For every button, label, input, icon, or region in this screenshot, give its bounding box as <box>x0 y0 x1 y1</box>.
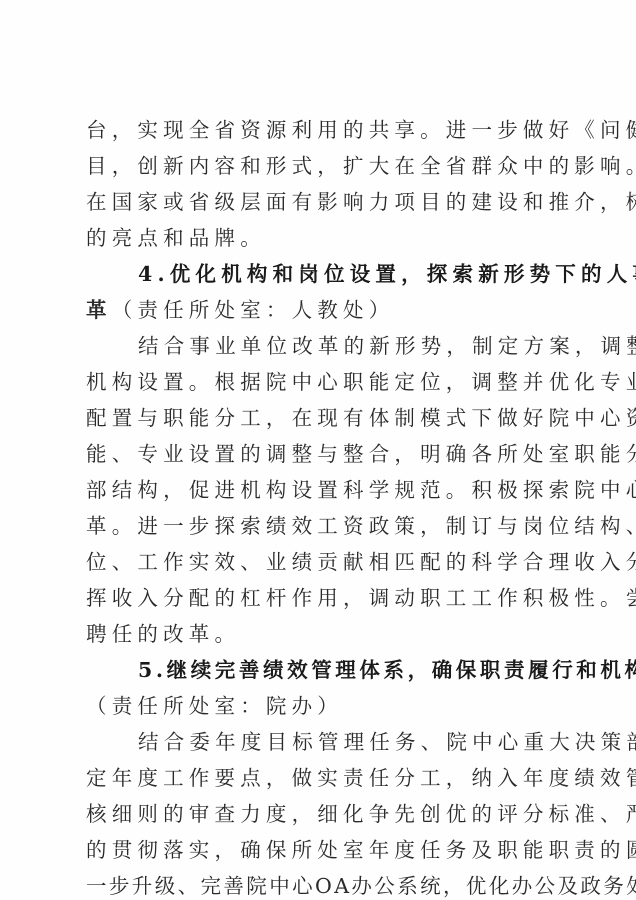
text-line: 一步升级、完善院中心OA办公系统，优化办公及政务处理流程。 <box>86 868 556 900</box>
text-line: 目，创新内容和形式，扩大在全省群众中的影响。通过对这些 <box>86 148 556 184</box>
text-line: 的贯彻落实，确保所处室年度任务及职能职责的圆满履行。进 <box>86 832 556 868</box>
section-5-responsibility: （责任所处室：院办） <box>86 688 556 724</box>
text-line: 结合委年度目标管理任务、院中心重大决策部署，科学制 <box>86 724 556 760</box>
text-line: 配置与职能分工，在现有体制模式下做好院中心资源、工作职 <box>86 400 556 436</box>
section-4-heading-continuation: 革（责任所处室：人教处） <box>86 292 556 328</box>
text-line: 结合事业单位改革的新形势，制定方案，调整优化院中心 <box>86 328 556 364</box>
text-line: 在国家或省级层面有影响力项目的建设和推介，树立院中心新 <box>86 184 556 220</box>
section-5-heading: 5.继续完善绩效管理体系，确保职责履行和机构规范运转 <box>86 652 556 688</box>
section-4: 4.优化机构和岗位设置，探索新形势下的人事管理机制改 革（责任所处室：人教处） … <box>86 256 556 652</box>
document-page: 台，实现全省资源利用的共享。进一步做好《问健康》电视节 目，创新内容和形式，扩大… <box>0 0 636 900</box>
text-line: 能、专业设置的调整与整合，明确各所处室职能分工，优化内 <box>86 436 556 472</box>
text-line: 聘任的改革。 <box>86 616 556 652</box>
section-4-heading-tail: 革 <box>86 298 112 322</box>
text-line: 革。进一步探索绩效工资政策，制订与岗位结构、岗位职责定 <box>86 508 556 544</box>
text-line: 位、工作实效、业绩贡献相匹配的科学合理收入分配制度，发 <box>86 544 556 580</box>
text-line: 挥收入分配的杠杆作用，调动职工工作积极性。尝试推进职称 <box>86 580 556 616</box>
section-4-heading: 4.优化机构和岗位设置，探索新形势下的人事管理机制改 <box>86 256 556 292</box>
text-line: 定年度工作要点，做实责任分工，纳入年度绩效管理。加大考 <box>86 760 556 796</box>
section-4-responsibility: （责任所处室：人教处） <box>112 298 395 322</box>
section-5: 5.继续完善绩效管理体系，确保职责履行和机构规范运转 （责任所处室：院办） 结合… <box>86 652 556 900</box>
text-line: 部结构，促进机构设置科学规范。积极探索院中心薪酬制度改 <box>86 472 556 508</box>
text-line: 机构设置。根据院中心职能定位，调整并优化专业设置、岗位 <box>86 364 556 400</box>
document-body: 台，实现全省资源利用的共享。进一步做好《问健康》电视节 目，创新内容和形式，扩大… <box>86 112 556 900</box>
text-line: 核细则的审查力度，细化争先创优的评分标准、严格考核措施 <box>86 796 556 832</box>
text-line: 的亮点和品牌。 <box>86 220 556 256</box>
paragraph-continuation: 台，实现全省资源利用的共享。进一步做好《问健康》电视节 目，创新内容和形式，扩大… <box>86 112 556 256</box>
text-line: 台，实现全省资源利用的共享。进一步做好《问健康》电视节 <box>86 112 556 148</box>
